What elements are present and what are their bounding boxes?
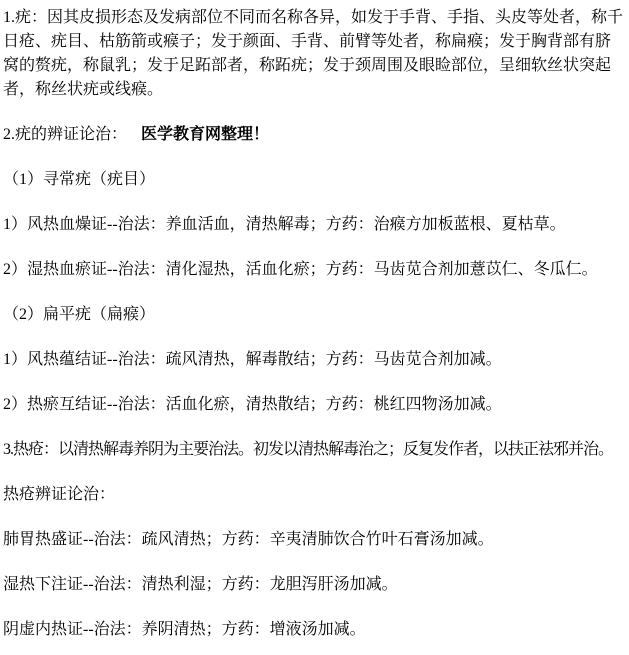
subheading-common-wart: （1）寻常疣（疣目）: [3, 168, 625, 192]
para-wind-heat-blood-dryness: 1）风热血燥证--治法：养血活血，清热解毒；方药：治瘊方加板蓝根、夏枯草。: [3, 213, 625, 237]
document-body: 1.疣：因其皮损形态及发病部位不同而名称各异，如发于手背、手指、头皮等处者，称千…: [0, 0, 629, 642]
para-heat-stasis-combination: 2）热瘀互结证--治法：活血化瘀，清热散结；方药：桃红四物汤加减。: [3, 393, 625, 417]
para-wart-names: 1.疣：因其皮损形态及发病部位不同而名称各异，如发于手背、手指、头皮等处者，称千…: [3, 6, 625, 102]
para-wind-heat-accumulation: 1）风热蕴结证--治法：疏风清热，解毒散结；方药：马齿苋合剂加减。: [3, 348, 625, 372]
wart-treatment-heading-text: 2.疣的辨证论治：: [3, 126, 127, 143]
para-lung-stomach-heat: 肺胃热盛证--治法：疏风清热；方药：辛夷清肺饮合竹叶石膏汤加减。: [3, 528, 625, 552]
para-wart-treatment-heading: 2.疣的辨证论治：医学教育网整理！: [3, 123, 625, 147]
para-heat-sore-overview: 3.热疮：以清热解毒养阴为主要治法。初发以清热解毒治之；反复发作者，以扶正祛邪并…: [3, 438, 625, 462]
para-yin-deficiency-heat: 阴虚内热证--治法：养阴清热；方药：增液汤加减。: [3, 618, 625, 642]
para-damp-heat-downward: 湿热下注证--治法：清热利湿；方药：龙胆泻肝汤加减。: [3, 573, 625, 597]
para-heat-sore-treatment-heading: 热疮辨证论治：: [3, 483, 625, 507]
subheading-flat-wart: （2）扁平疣（扁瘊）: [3, 303, 625, 327]
site-credit-bold-text: 医学教育网整理！: [141, 126, 269, 143]
para-damp-heat-blood-stasis: 2）湿热血瘀证--治法：清化湿热，活血化瘀；方药：马齿苋合剂加薏苡仁、冬瓜仁。: [3, 258, 625, 282]
